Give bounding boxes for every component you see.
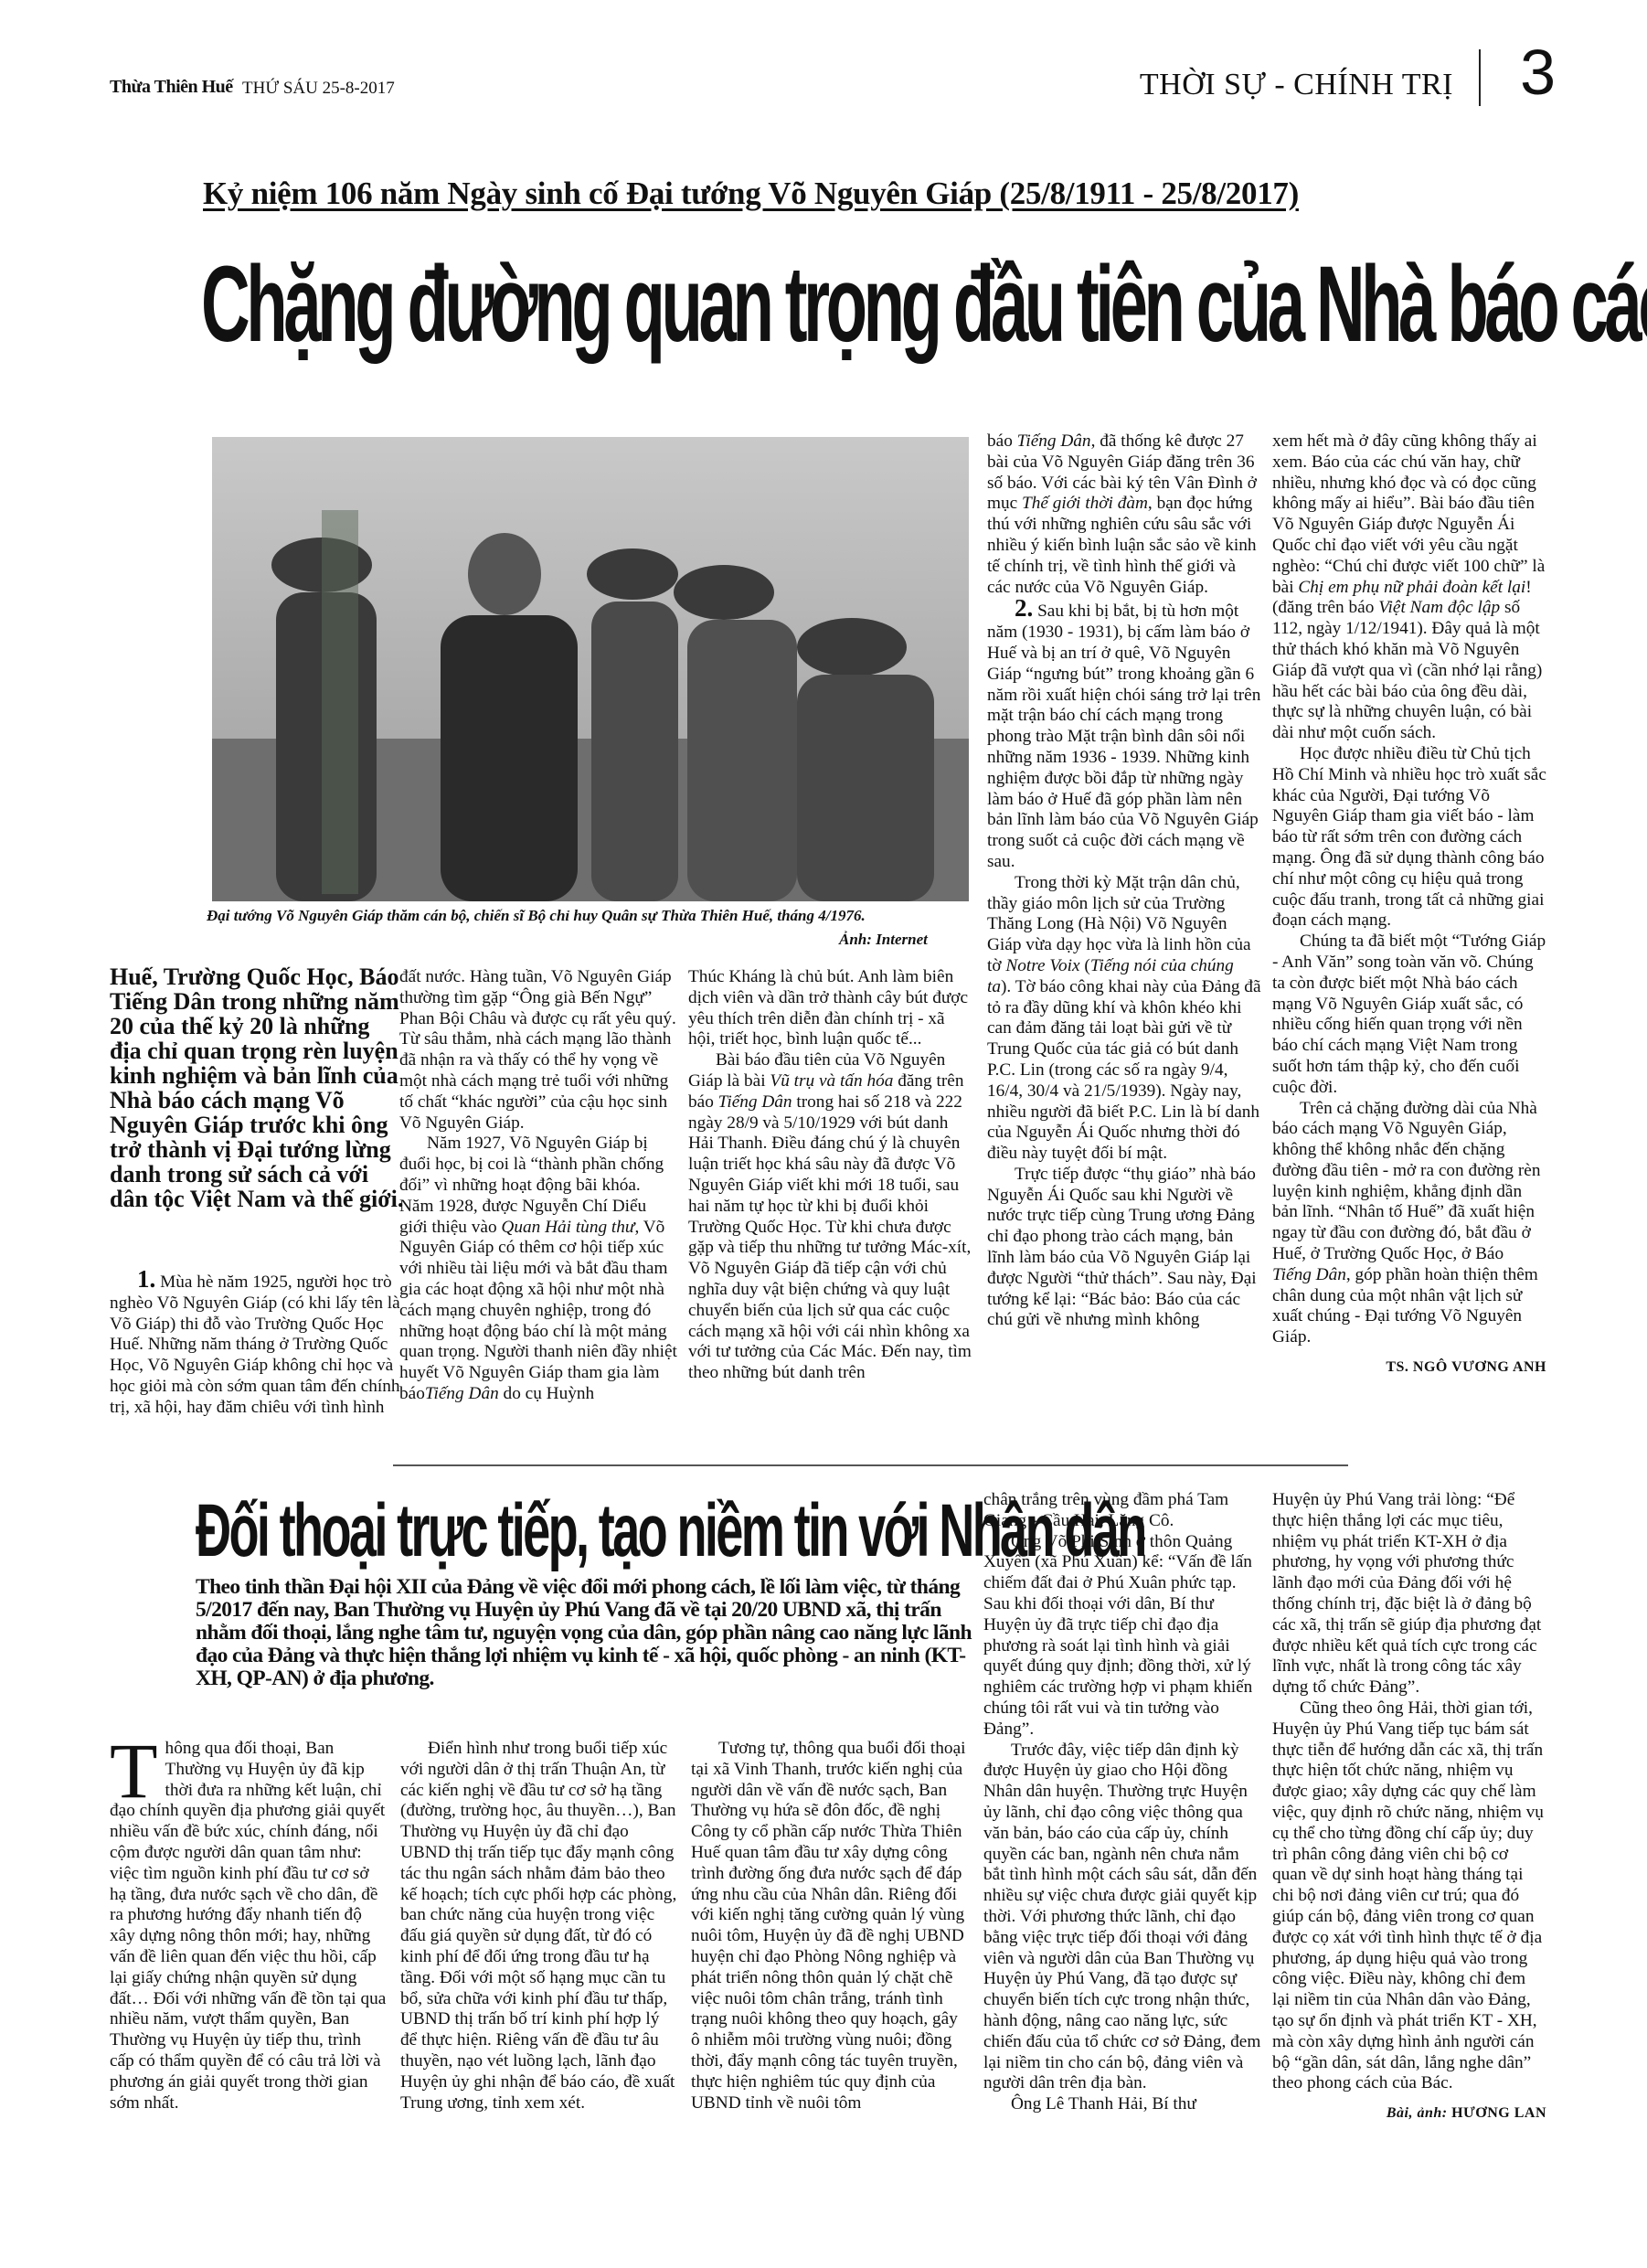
paragraph: báo Tiếng Dân, đã thống kê được 27 bài c… [987,431,1261,598]
paragraph: Bài báo đầu tiên của Võ Nguyên Giáp là b… [688,1050,972,1384]
article1-column-2: đất nước. Hàng tuần, Võ Nguyên Giáp thườ… [399,967,678,1405]
article-divider [393,1464,1348,1466]
paragraph: Thúc Kháng là chủ bút. Anh làm biên dịch… [688,967,972,1050]
section-number: 2. [1015,594,1033,622]
article1-column-4: báo Tiếng Dân, đã thống kê được 27 bài c… [987,431,1261,1331]
article2-byline: Bài, ảnh: HƯƠNG LAN [1272,2103,1546,2124]
article2-column-4: chân trắng trên vùng đầm phá Tam Giang -… [983,1490,1262,2115]
photo-credit: Ảnh: Internet [839,931,928,949]
paragraph: Năm 1927, Võ Nguyên Giáp bị đuổi học, bị… [399,1134,678,1404]
paragraph: Ông Lê Thanh Hải, Bí thư [983,2094,1262,2115]
newspaper-masthead: Thừa Thiên Huế [110,77,233,98]
paragraph: Chúng ta đã biết một “Tướng Giáp - Anh V… [1272,932,1546,1098]
paragraph: 2. Sau khi bị bắt, bị tù hơn một năm (19… [987,598,1261,872]
article1-column-1: 1. Mùa hè năm 1925, người học trò nghèo … [110,1269,402,1419]
drop-cap: T [110,1741,158,1801]
paragraph: Trong thời kỳ Mặt trận dân chủ, thầy giá… [987,873,1261,1165]
article1-column-3: Thúc Kháng là chủ bút. Anh làm biên dịch… [688,967,972,1384]
paragraph: Trên cả chặng đường dài của Nhà báo cách… [1272,1099,1546,1349]
article2-column-1: Thông qua đối thoại, Ban Thường vụ Huyện… [110,1739,388,2114]
paragraph: Cũng theo ông Hải, thời gian tới, Huyện … [1272,1698,1546,2094]
section-title: THỜI SỰ - CHÍNH TRỊ [1140,68,1453,102]
section-number: 1. [137,1265,155,1293]
article2-column-3: Tương tự, thông qua buổi đối thoại tại x… [691,1739,970,2114]
photo-caption: Đại tướng Võ Nguyên Giáp thăm cán bộ, ch… [207,907,866,925]
photo-image-icon [212,437,969,901]
paragraph: Tương tự, thông qua buổi đối thoại tại x… [691,1739,970,2114]
page-number: 3 [1520,40,1556,104]
page-header: Thừa Thiên Huế THỨ SÁU 25-8-2017 THỜI SỰ… [110,31,1563,95]
article1-kicker: Kỷ niệm 106 năm Ngày sinh cố Đại tướng V… [203,176,1299,212]
paragraph: Trước đây, việc tiếp dân định kỳ được Hu… [983,1741,1262,2095]
paragraph: Học được nhiều điều từ Chủ tịch Hồ Chí M… [1272,744,1546,932]
paragraph: Trực tiếp được “thụ giáo” nhà báo Nguyễn… [987,1165,1261,1331]
article2-column-5: Huyện ủy Phú Vang trải lòng: “Để thực hi… [1272,1490,1546,2124]
paragraph: xem hết mà ở đây cũng không thấy ai xem.… [1272,431,1546,744]
paragraph: Ông Võ Phi Sính ở thôn Quảng Xuyên (xã P… [983,1532,1262,1741]
article1-column-5: xem hết mà ở đây cũng không thấy ai xem.… [1272,431,1546,1379]
article1-headline: Chặng đường quan trọng đầu tiên của Nhà … [201,236,1053,373]
paragraph: đất nước. Hàng tuần, Võ Nguyên Giáp thườ… [399,967,678,1134]
paragraph: Huyện ủy Phú Vang trải lòng: “Để thực hi… [1272,1490,1546,1698]
paragraph: chân trắng trên vùng đầm phá Tam Giang -… [983,1490,1262,1532]
article1-byline: TS. NGÔ VƯƠNG ANH [1272,1358,1546,1379]
article2-sapo: Theo tinh thần Đại hội XII của Đảng về v… [196,1576,972,1690]
article1-photo [212,437,969,901]
article1-lead: Huế, Trường Quốc Học, Báo Tiếng Dân tron… [110,964,407,1211]
article2-column-2: Điển hình như trong buổi tiếp xúc với ng… [400,1739,679,2114]
paragraph: Điển hình như trong buổi tiếp xúc với ng… [400,1739,679,2114]
issue-date: THỨ SÁU 25-8-2017 [242,79,395,99]
paragraph: Mùa hè năm 1925, người học trò nghèo Võ … [110,1272,400,1417]
paragraph: Thông qua đối thoại, Ban Thường vụ Huyện… [110,1739,388,2114]
header-divider [1479,49,1481,106]
